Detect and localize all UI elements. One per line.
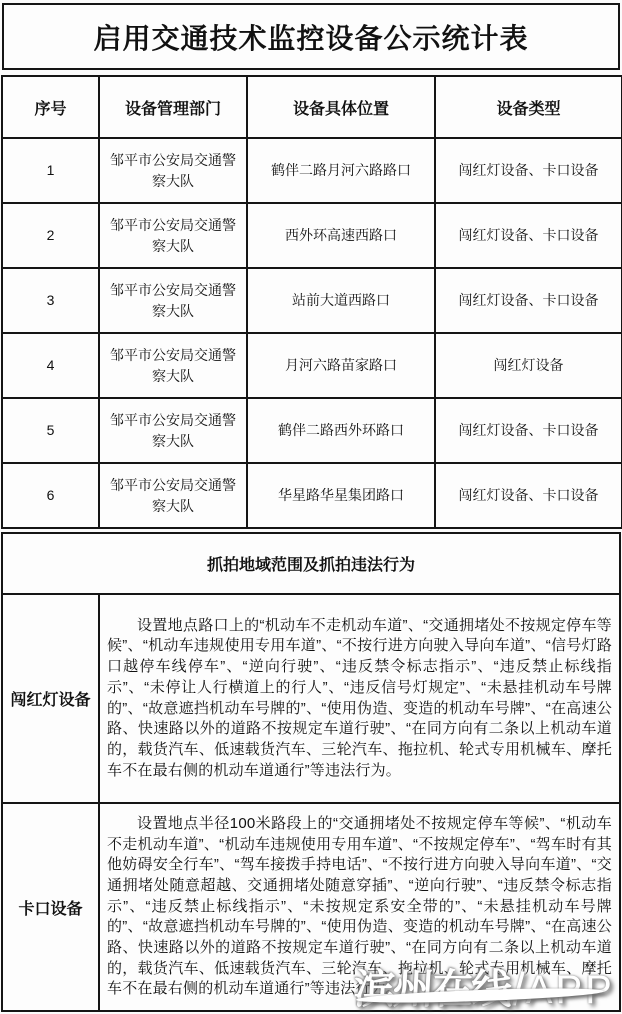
- table-row: 3 邹平市公安局交通警察大队 站前大道西路口 闯红灯设备、卡口设备: [2, 268, 622, 333]
- cell-location: 华星路华星集团路口: [247, 463, 435, 528]
- capture-header-row: 抓拍地域范围及抓拍违法行为: [2, 533, 620, 594]
- capture-row-red-light: 闯红灯设备 设置地点路口上的“机动车不走机动车道”、“交通拥堵处不按规定停车等候…: [2, 594, 620, 803]
- col-header-dept: 设备管理部门: [99, 76, 247, 138]
- table-row: 5 邹平市公安局交通警察大队 鹤伴二路西外环路口 闯红灯设备、卡口设备: [2, 398, 622, 463]
- cell-type: 闯红灯设备、卡口设备: [435, 203, 622, 268]
- cell-seq: 3: [2, 268, 99, 333]
- col-header-location: 设备具体位置: [247, 76, 435, 138]
- cell-type: 闯红灯设备、卡口设备: [435, 463, 622, 528]
- table-row: 4 邹平市公安局交通警察大队 月河六路苗家路口 闯红灯设备: [2, 333, 622, 398]
- device-label-red-light: 闯红灯设备: [2, 594, 99, 803]
- cell-type: 闯红灯设备、卡口设备: [435, 398, 622, 463]
- cell-dept: 邹平市公安局交通警察大队: [99, 463, 247, 528]
- red-light-violations-text: 设置地点路口上的“机动车不走机动车道”、“交通拥堵处不按规定停车等候”、“机动车…: [107, 616, 612, 782]
- capture-scope-table: 抓拍地域范围及抓拍违法行为 闯红灯设备 设置地点路口上的“机动车不走机动车道”、…: [1, 532, 621, 1012]
- announcement-page: 启用交通技术监控设备公示统计表 序号 设备管理部门 设备具体位置 设备类型 1 …: [0, 0, 622, 1014]
- table-header-row: 序号 设备管理部门 设备具体位置 设备类型: [2, 76, 622, 138]
- cell-type: 闯红灯设备、卡口设备: [435, 268, 622, 333]
- device-table: 序号 设备管理部门 设备具体位置 设备类型 1 邹平市公安局交通警察大队 鹤伴二…: [1, 75, 622, 529]
- watermark: 滨州在线 / APP: [354, 944, 620, 1010]
- cell-seq: 4: [2, 333, 99, 398]
- cell-seq: 6: [2, 463, 99, 528]
- capture-section-title: 抓拍地域范围及抓拍违法行为: [2, 533, 620, 594]
- table-row: 6 邹平市公安局交通警察大队 华星路华星集团路口 闯红灯设备、卡口设备: [2, 463, 622, 528]
- cell-location: 月河六路苗家路口: [247, 333, 435, 398]
- cell-type: 闯红灯设备: [435, 333, 622, 398]
- capture-content-cell: 设置地点路口上的“机动车不走机动车道”、“交通拥堵处不按规定停车等候”、“机动车…: [99, 594, 620, 803]
- cell-type: 闯红灯设备、卡口设备: [435, 138, 622, 203]
- cell-dept: 邹平市公安局交通警察大队: [99, 333, 247, 398]
- cell-dept: 邹平市公安局交通警察大队: [99, 203, 247, 268]
- cell-seq: 2: [2, 203, 99, 268]
- cell-seq: 5: [2, 398, 99, 463]
- col-header-seq: 序号: [2, 76, 99, 138]
- cell-location: 站前大道西路口: [247, 268, 435, 333]
- page-title: 启用交通技术监控设备公示统计表: [2, 3, 620, 70]
- cell-dept: 邹平市公安局交通警察大队: [99, 138, 247, 203]
- cell-seq: 1: [2, 138, 99, 203]
- cell-location: 西外环高速西路口: [247, 203, 435, 268]
- table-row: 2 邹平市公安局交通警察大队 西外环高速西路口 闯红灯设备、卡口设备: [2, 203, 622, 268]
- cell-dept: 邹平市公安局交通警察大队: [99, 268, 247, 333]
- cell-location: 鹤伴二路西外环路口: [247, 398, 435, 463]
- cell-dept: 邹平市公安局交通警察大队: [99, 398, 247, 463]
- col-header-type: 设备类型: [435, 76, 622, 138]
- device-label-checkpoint: 卡口设备: [2, 803, 99, 1011]
- cell-location: 鹤伴二路月河六路路口: [247, 138, 435, 203]
- table-row: 1 邹平市公安局交通警察大队 鹤伴二路月河六路路口 闯红灯设备、卡口设备: [2, 138, 622, 203]
